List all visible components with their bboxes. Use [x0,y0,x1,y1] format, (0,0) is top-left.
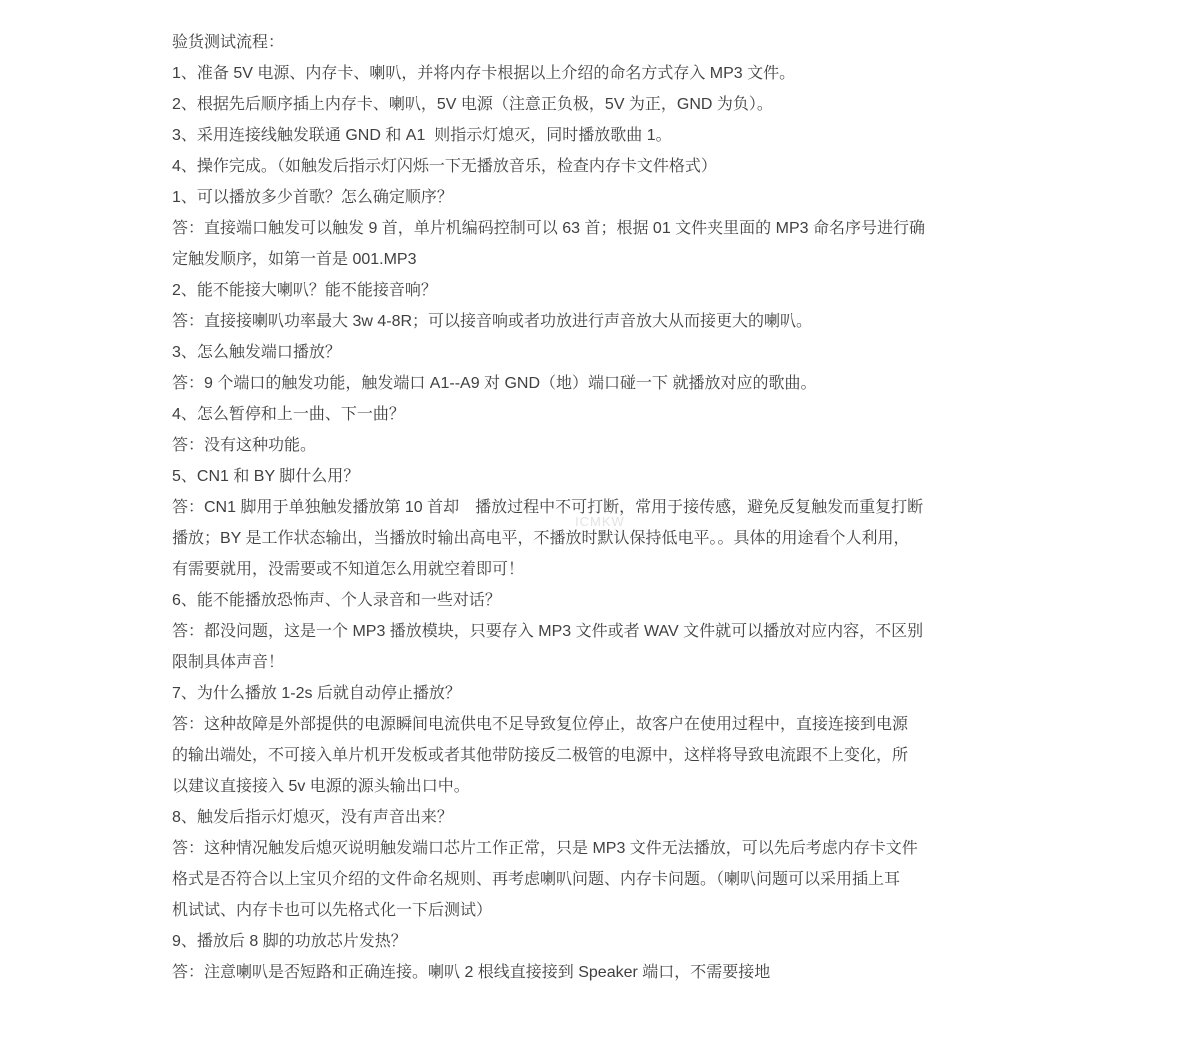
text-line: 答：这种故障是外部提供的电源瞬间电流供电不足导致复位停止，故客户在使用过程中，直… [172,709,1032,740]
text-line: 9、播放后 8 脚的功放芯片发热？ [172,926,1032,957]
text-line: 机试试、内存卡也可以先格式化一下后测试） [172,895,1032,926]
text-line: 答：CN1 脚用于单独触发播放第 10 首却 播放过程中不可打断，常用于接传感，… [172,492,1032,523]
text-line: 格式是否符合以上宝贝介绍的文件命名规则、再考虑喇叭问题、内存卡问题。（喇叭问题可… [172,864,1032,895]
text-line: 3、怎么触发端口播放？ [172,337,1032,368]
text-line: 4、怎么暂停和上一曲、下一曲？ [172,399,1032,430]
text-line: 5、CN1 和 BY 脚什么用？ [172,461,1032,492]
text-line: 播放；BY 是工作状态输出，当播放时输出高电平，不播放时默认保持低电平。。具体的… [172,523,1032,554]
text-line: 6、能不能播放恐怖声、个人录音和一些对话？ [172,585,1032,616]
text-line: 4、操作完成。（如触发后指示灯闪烁一下无播放音乐，检查内存卡文件格式） [172,151,1032,182]
text-line: 3、采用连接线触发联通 GND 和 A1 则指示灯熄灭，同时播放歌曲 1。 [172,120,1032,151]
text-line: 2、根据先后顺序插上内存卡、喇叭，5V 电源（注意正负极，5V 为正，GND 为… [172,89,1032,120]
text-line: 答：9 个端口的触发功能，触发端口 A1--A9 对 GND（地）端口碰一下 就… [172,368,1032,399]
text-line: 1、可以播放多少首歌？怎么确定顺序？ [172,182,1032,213]
text-line: 限制具体声音！ [172,647,1032,678]
text-line: 答：都没问题，这是一个 MP3 播放模块，只要存入 MP3 文件或者 WAV 文… [172,616,1032,647]
text-line: 验货测试流程： [172,27,1032,58]
text-line: 答：注意喇叭是否短路和正确连接。喇叭 2 根线直接接到 Speaker 端口，不… [172,957,1032,988]
text-line: 以建议直接接入 5v 电源的源头输出口中。 [172,771,1032,802]
text-line: 7、为什么播放 1-2s 后就自动停止播放？ [172,678,1032,709]
product-description-page: 验货测试流程：1、准备 5V 电源、内存卡、喇叭，并将内存卡根据以上介绍的命名方… [0,0,1189,1041]
text-line: 2、能不能接大喇叭？能不能接音响？ [172,275,1032,306]
text-line: 答：没有这种功能。 [172,430,1032,461]
text-line: 答：直接接喇叭功率最大 3w 4-8R；可以接音响或者功放进行声音放大从而接更大… [172,306,1032,337]
text-line: 答：这种情况触发后熄灭说明触发端口芯片工作正常，只是 MP3 文件无法播放，可以… [172,833,1032,864]
text-line: 1、准备 5V 电源、内存卡、喇叭，并将内存卡根据以上介绍的命名方式存入 MP3… [172,58,1032,89]
text-line: 定触发顺序，如第一首是 001.MP3 [172,244,1032,275]
text-line: 有需要就用，没需要或不知道怎么用就空着即可！ [172,554,1032,585]
faq-text-block: 验货测试流程：1、准备 5V 电源、内存卡、喇叭，并将内存卡根据以上介绍的命名方… [172,27,1032,988]
text-line: 的输出端处，不可接入单片机开发板或者其他带防接反二极管的电源中，这样将导致电流跟… [172,740,1032,771]
text-line: 答：直接端口触发可以触发 9 首，单片机编码控制可以 63 首；根据 01 文件… [172,213,1032,244]
text-line: 8、触发后指示灯熄灭，没有声音出来？ [172,802,1032,833]
